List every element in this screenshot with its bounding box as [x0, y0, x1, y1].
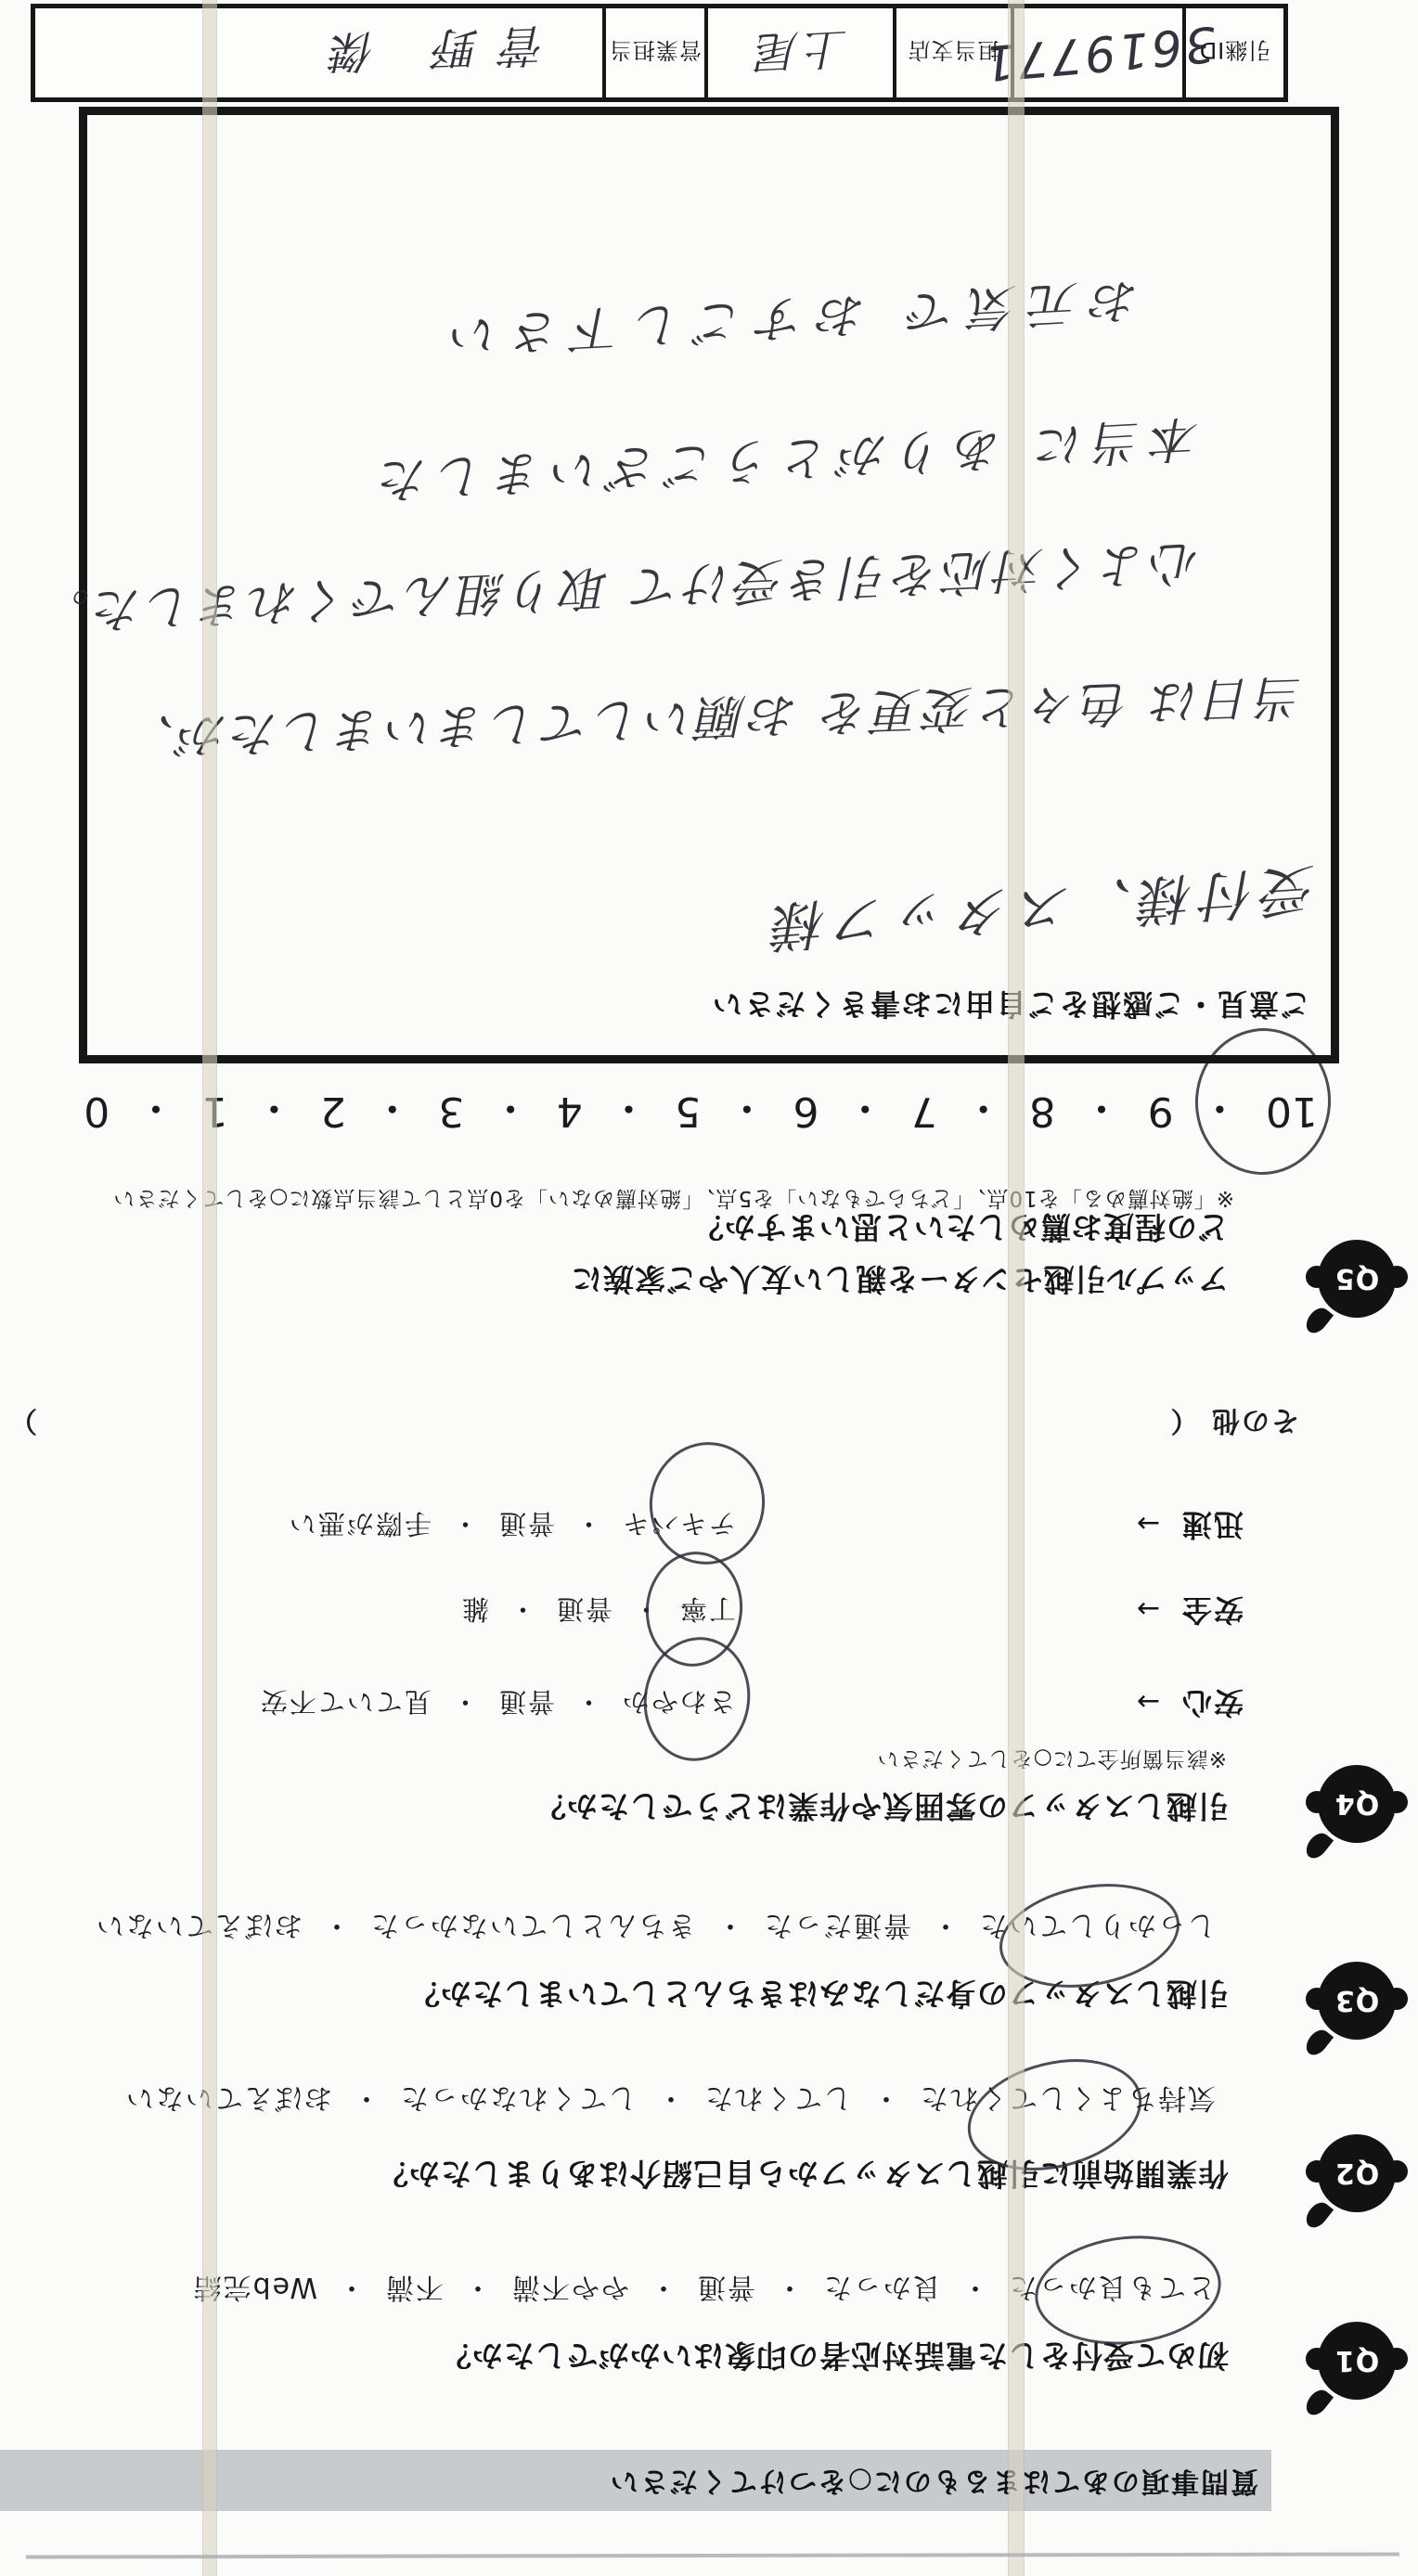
q1-badge: Q1 [1318, 2322, 1396, 2400]
q5-scale-8: 8 [1029, 1088, 1055, 1136]
q1-badge-tail-icon [1302, 2386, 1334, 2419]
q4-row-label: 迅速 [1180, 1507, 1244, 1542]
option-separator: ・ [351, 2081, 380, 2114]
pen-circle-q1-answer [1029, 2227, 1226, 2353]
q1-option-3: やや不満 [510, 2271, 629, 2303]
option-separator: ・ [648, 2271, 677, 2303]
scale-separator: ・ [963, 1082, 1004, 1141]
q4-anzen-option-2: 雑 [460, 1593, 489, 1625]
branch-value: 上尾 [708, 8, 896, 97]
sales-rep-label: 営業担当 [606, 8, 708, 97]
scale-separator: ・ [135, 1082, 176, 1141]
q2-badge-label: Q2 [1334, 2157, 1379, 2190]
q4-other-open: その他 （ [1169, 1403, 1299, 1444]
pen-circle-q4-jinsoku [639, 1433, 774, 1574]
q4-note: ※該当箇所全てに○をしてください [877, 1745, 1227, 1776]
q5-badge-tail-icon [1302, 1304, 1334, 1337]
q4-anshin-option-1: 普通 [497, 1686, 555, 1718]
q1-option-4: 不満 [384, 2271, 444, 2303]
scan-streak-right [1008, 0, 1025, 2576]
q4-question: 引越しスタッフの雰囲気や作業はどうでしたか？ [535, 1786, 1229, 1830]
q4-anshin-option-2: 見ていて不安 [259, 1686, 432, 1718]
q5-badge-label: Q5 [1334, 1263, 1379, 1295]
scale-separator: ・ [727, 1082, 767, 1141]
option-separator: ・ [462, 2271, 492, 2303]
arrow-icon: → [1135, 1507, 1160, 1539]
q2-option-3: おぼえていない [124, 2081, 332, 2114]
q4-jinsoku-option-1: 普通 [497, 1508, 555, 1539]
q5-scale-2: 2 [320, 1088, 346, 1136]
q2-option-1: してくれた [703, 2081, 852, 2114]
scale-separator: ・ [1081, 1082, 1122, 1141]
q5-scale-5: 5 [675, 1088, 701, 1136]
q4-other-close: ） [7, 1403, 37, 1444]
q1-badge-label: Q1 [1334, 2345, 1379, 2377]
scale-separator: ・ [253, 1082, 294, 1141]
option-separator: ・ [960, 2271, 989, 2303]
handwritten-comment-line: 受付様、スタッフ様 [765, 854, 1320, 970]
sales-rep-value: 菅野 傑 [35, 8, 606, 97]
scan-streak-left [202, 0, 217, 2576]
option-separator: ・ [508, 1593, 536, 1625]
q4-row-label: 安全 [1180, 1592, 1244, 1628]
q4-jinsoku-option-2: 手際が悪い [288, 1508, 432, 1539]
option-separator: ・ [450, 1508, 479, 1539]
q5-scale: 10・9・8・7・6・5・4・3・2・1・0 [84, 1082, 1318, 1141]
option-separator: ・ [336, 2271, 366, 2303]
q2-badge: Q2 [1318, 2134, 1396, 2212]
handwritten-signature: 菅野 傑 [309, 17, 548, 89]
q5-question-line1: アップル引越センターを親しい友人やご家族に [571, 1259, 1229, 1303]
q5-scale-7: 7 [911, 1088, 937, 1136]
option-separator: ・ [321, 1909, 351, 1941]
scale-separator: ・ [608, 1082, 649, 1141]
comment-box: ご意見・ご感想をご自由にお書きください 受付様、スタッフ様 当日は 色々と変更を… [79, 107, 1339, 1063]
q4-anzen-option-1: 普通 [555, 1593, 612, 1625]
q4-row-label: 安心 [1180, 1685, 1244, 1720]
q3-option-3: おぼえていない [95, 1909, 303, 1941]
option-separator: ・ [870, 2081, 900, 2114]
handwritten-comment-line: 本当に ありがとうございました [369, 407, 1202, 521]
q5-scale-9: 9 [1148, 1088, 1174, 1136]
arrow-icon: → [1135, 1685, 1160, 1718]
q4-badge-tail-icon [1302, 1829, 1334, 1862]
q2-badge-tail-icon [1302, 2198, 1334, 2232]
handwritten-branch: 上尾 [751, 19, 850, 85]
q5-scale-0: 0 [84, 1088, 110, 1136]
q1-option-2: 普通 [696, 2271, 755, 2303]
q4-badge: Q4 [1318, 1765, 1396, 1843]
q1-option-1: 良かった [822, 2271, 941, 2303]
option-separator: ・ [655, 2081, 685, 2114]
q3-option-1: 普通だった [763, 1909, 911, 1941]
q3-option-2: きちんとしていなかった [369, 1909, 696, 1941]
q3-badge-tail-icon [1302, 2026, 1334, 2059]
option-separator: ・ [715, 1909, 744, 1941]
scanned-survey-sheet: 質問事項のあてはまるものに○をつけてください Q1 初めて受付をした電話対応者の… [0, 0, 1418, 2576]
handover-id-value: 3619771 [1014, 8, 1186, 97]
arrow-icon: → [1135, 1592, 1160, 1625]
handwritten-comment-line: お元気で おすごし下さい [437, 269, 1141, 375]
q2-option-2: してくれなかった [399, 2081, 637, 2114]
q4-badge-label: Q4 [1334, 1788, 1379, 1821]
scale-separator: ・ [490, 1082, 531, 1141]
option-separator: ・ [450, 1686, 479, 1718]
option-separator: ・ [930, 1909, 960, 1941]
scale-separator: ・ [372, 1082, 413, 1141]
option-separator: ・ [574, 1686, 602, 1718]
q5-scale-3: 3 [438, 1088, 464, 1136]
q2-question: 作業開始前に引越しスタッフから自己紹介はありましたか？ [377, 2154, 1229, 2197]
option-separator: ・ [574, 1508, 602, 1539]
scale-separator: ・ [844, 1082, 885, 1141]
q3-badge-label: Q3 [1334, 1985, 1379, 2017]
option-separator: ・ [774, 2271, 804, 2303]
instruction-bar: 質問事項のあてはまるものに○をつけてください [0, 2450, 1271, 2511]
q5-scale-4: 4 [557, 1088, 583, 1136]
handover-header-strip: 引継ID 3619771 担当支店 上尾 営業担当 菅野 傑 [31, 4, 1288, 102]
q3-badge: Q3 [1318, 1962, 1396, 2040]
q5-badge: Q5 [1318, 1240, 1396, 1318]
q5-note: ※「絶対薦める」を10点、「どちらでもない」を5点、「絶対薦めない」を0点として… [112, 1185, 1234, 1216]
q5-scale-6: 6 [793, 1088, 819, 1136]
handwritten-comment-line: 当日は 色々と変更を お願いしてしまいましたが、 [122, 666, 1306, 777]
